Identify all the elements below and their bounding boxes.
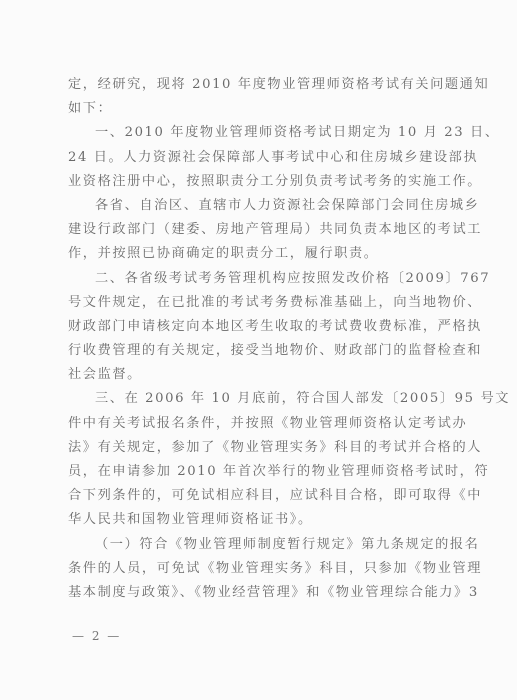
text-line: 一、2010 年度物业管理师资格考试日期定为 10 月 23 日、 <box>68 121 446 145</box>
text-line: 如下： <box>68 97 446 121</box>
text-line: 基本制度与政策》、《物业经营管理》和《物业管理综合能力》3 <box>68 581 446 605</box>
text-line: 三、在 2006 年 10 月底前，符合国人部发〔2005〕95 号文 <box>68 387 446 411</box>
document-body: 定，经研究，现将 2010 年度物业管理师资格考试有关问题通知如下：一、2010… <box>68 73 446 605</box>
text-line: （一）符合《物业管理师制度暂行规定》第九条规定的报名 <box>68 533 446 557</box>
text-line: 件中有关考试报名条件，并按照《物业管理师资格认定考试办 <box>68 412 446 436</box>
text-line: 定，经研究，现将 2010 年度物业管理师资格考试有关问题通知 <box>68 73 446 97</box>
page-number: — 2 — <box>72 629 121 643</box>
text-line: 业资格注册中心，按照职责分工分别负责考试考务的实施工作。 <box>68 170 446 194</box>
text-line: 号文件规定，在已批准的考试考务费标准基础上，向当地物价、 <box>68 291 446 315</box>
text-line: 条件的人员，可免试《物业管理实务》科目，只参加《物业管理 <box>68 557 446 581</box>
text-line: 华人民共和国物业管理师资格证书》。 <box>68 508 446 532</box>
text-line: 合下列条件的，可免试相应科目，应试科目合格，即可取得《中 <box>68 484 446 508</box>
text-line: 法》有关规定，参加了《物业管理实务》科目的考试并合格的人 <box>68 436 446 460</box>
text-line: 员，在申请参加 2010 年首次举行的物业管理师资格考试时，符 <box>68 460 446 484</box>
text-line: 财政部门申请核定向本地区考生收取的考试费收费标准，严格执 <box>68 315 446 339</box>
text-line: 各省、自治区、直辖市人力资源社会保障部门会同住房城乡 <box>68 194 446 218</box>
text-line: 社会监督。 <box>68 363 446 387</box>
document-page: 定，经研究，现将 2010 年度物业管理师资格考试有关问题通知如下：一、2010… <box>0 0 517 700</box>
text-line: 行收费管理的有关规定，接受当地物价、财政部门的监督检查和 <box>68 339 446 363</box>
text-line: 作，并按照已协商确定的职责分工，履行职责。 <box>68 242 446 266</box>
text-line: 建设行政部门（建委、房地产管理局）共同负责本地区的考试工 <box>68 218 446 242</box>
text-line: 二、各省级考试考务管理机构应按照发改价格〔2009〕767 <box>68 267 446 291</box>
text-line: 24 日。人力资源社会保障部人事考试中心和住房城乡建设部执 <box>68 146 446 170</box>
